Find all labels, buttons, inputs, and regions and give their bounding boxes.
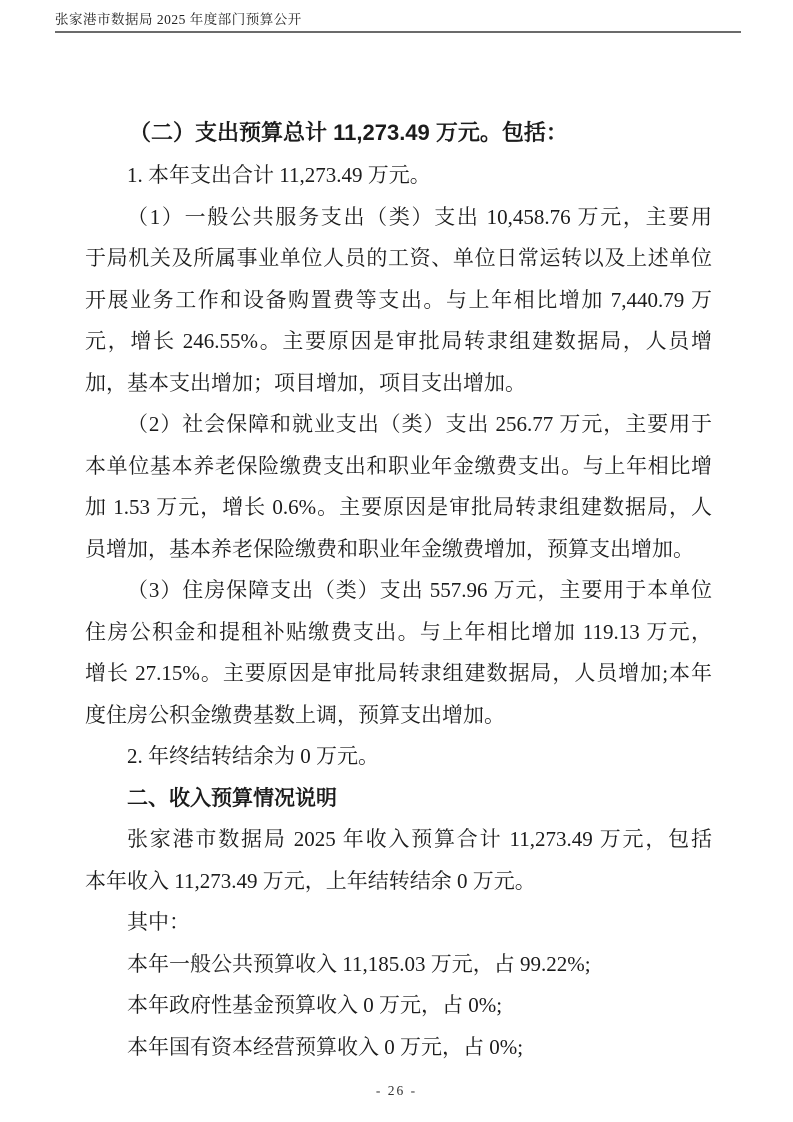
text-line: 1. 本年支出合计 11,273.49 万元。 [85, 155, 712, 197]
paragraph: 本年国有资本经营预算收入 0 万元，占 0%; [85, 1027, 712, 1069]
text-line: 员增加，基本养老保险缴费和职业年金缴费增加，预算支出增加。 [85, 529, 712, 571]
page-number: - 26 - [376, 1083, 417, 1098]
text-line: 本年国有资本经营预算收入 0 万元，占 0%; [85, 1027, 712, 1069]
text-line: 增长 27.15%。主要原因是审批局转隶组建数据局，人员增加;本年 [85, 653, 712, 695]
text-line: 住房公积金和提租补贴缴费支出。与上年相比增加 119.13 万元， [85, 612, 712, 654]
paragraph: （2）社会保障和就业支出（类）支出 256.77 万元，主要用于本单位基本养老保… [85, 404, 712, 570]
text-line: 本单位基本养老保险缴费支出和职业年金缴费支出。与上年相比增 [85, 446, 712, 488]
paragraph: （1）一般公共服务支出（类）支出 10,458.76 万元，主要用于局机关及所属… [85, 197, 712, 405]
text-line: 二、收入预算情况说明 [85, 778, 712, 820]
text-line: 元，增长 246.55%。主要原因是审批局转隶组建数据局，人员增 [85, 321, 712, 363]
text-line: 加 1.53 万元，增长 0.6%。主要原因是审批局转隶组建数据局，人 [85, 487, 712, 529]
text-line: 张家港市数据局 2025 年收入预算合计 11,273.49 万元，包括 [85, 819, 712, 861]
paragraph: 本年一般公共预算收入 11,185.03 万元，占 99.22%; [85, 944, 712, 986]
text-line: 加，基本支出增加；项目增加，项目支出增加。 [85, 363, 712, 405]
text-line: （3）住房保障支出（类）支出 557.96 万元，主要用于本单位 [85, 570, 712, 612]
page-footer: - 26 - [0, 1082, 793, 1100]
section-title: （二）支出预算总计 11,273.49 万元。包括： [85, 110, 712, 155]
document-page: 张家港市数据局 2025 年度部门预算公开 （二）支出预算总计 11,273.4… [0, 0, 793, 1122]
text-line: （二）支出预算总计 11,273.49 万元。包括： [85, 110, 712, 155]
text-line: （1）一般公共服务支出（类）支出 10,458.76 万元，主要用 [85, 197, 712, 239]
paragraph: 本年政府性基金预算收入 0 万元，占 0%; [85, 985, 712, 1027]
text-line: 本年收入 11,273.49 万元，上年结转结余 0 万元。 [85, 861, 712, 903]
paragraph: 张家港市数据局 2025 年收入预算合计 11,273.49 万元，包括本年收入… [85, 819, 712, 902]
text-line: 开展业务工作和设备购置费等支出。与上年相比增加 7,440.79 万 [85, 280, 712, 322]
document-body: （二）支出预算总计 11,273.49 万元。包括：1. 本年支出合计 11,2… [85, 110, 712, 1068]
section-heading: 二、收入预算情况说明 [85, 778, 712, 820]
text-line: 度住房公积金缴费基数上调，预算支出增加。 [85, 695, 712, 737]
page-header-title: 张家港市数据局 2025 年度部门预算公开 [55, 11, 302, 29]
text-line: （2）社会保障和就业支出（类）支出 256.77 万元，主要用于 [85, 404, 712, 446]
paragraph: 2. 年终结转结余为 0 万元。 [85, 736, 712, 778]
paragraph: 其中： [85, 902, 712, 944]
text-line: 本年政府性基金预算收入 0 万元，占 0%; [85, 985, 712, 1027]
text-line: 2. 年终结转结余为 0 万元。 [85, 736, 712, 778]
text-line: 其中： [85, 902, 712, 944]
text-line: 本年一般公共预算收入 11,185.03 万元，占 99.22%; [85, 944, 712, 986]
text-line: 于局机关及所属事业单位人员的工资、单位日常运转以及上述单位 [85, 238, 712, 280]
paragraph: 1. 本年支出合计 11,273.49 万元。 [85, 155, 712, 197]
paragraph: （3）住房保障支出（类）支出 557.96 万元，主要用于本单位住房公积金和提租… [85, 570, 712, 736]
header-rule [55, 31, 741, 33]
